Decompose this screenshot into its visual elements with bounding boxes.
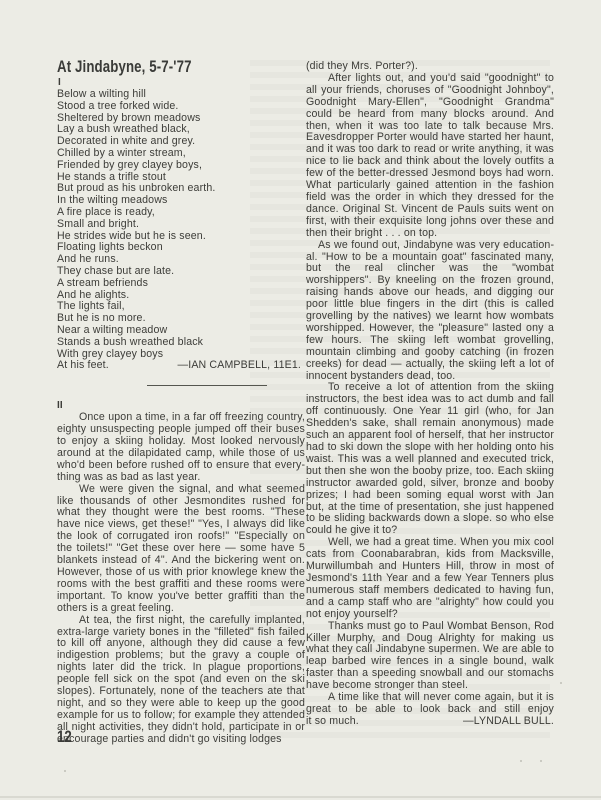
poem-last-line: At his feet. — [57, 360, 109, 372]
paragraph: At tea, the first night, the carefully i… — [57, 615, 305, 746]
poem-line: Small and bright. — [57, 219, 305, 231]
poem-line: A stream befriends — [57, 278, 305, 290]
paper-speck — [64, 770, 66, 772]
poem-line: They chase but are late. — [57, 266, 305, 278]
right-prose: After lights out, and you'd said "goodni… — [306, 73, 554, 692]
paragraph: We were given the signal, and what seeme… — [57, 484, 305, 615]
left-prose: Once upon a time, in a far off freezing … — [57, 412, 305, 745]
poem-line: Stood a tree forked wide. — [57, 101, 305, 113]
closing-author: —LYNDALL BULL. — [463, 716, 554, 728]
paper-speck — [560, 682, 562, 684]
closing-last-words: it so much. — [306, 716, 359, 728]
poem-line: Stands a bush wreathed black — [57, 337, 305, 349]
poem-author: —IAN CAMPBELL, 11E1. — [177, 360, 301, 372]
closing-sign-line: it so much. —LYNDALL BULL. — [306, 716, 554, 728]
paragraph: Once upon a time, in a far off freezing … — [57, 412, 305, 483]
left-column: At Jindabyne, 5-7-'77 I Below a wilting … — [57, 58, 305, 746]
poem-closing-line: At his feet. —IAN CAMPBELL, 11E1. — [57, 360, 305, 372]
article-title: At Jindabyne, 5-7-'77 — [57, 58, 250, 76]
magazine-page: At Jindabyne, 5-7-'77 I Below a wilting … — [0, 0, 601, 798]
paragraph: As we found out, Jindabyne was very educ… — [306, 240, 554, 383]
paper-speck — [540, 760, 542, 762]
paper-speck — [520, 760, 522, 762]
poem-line: Chilled by a winter stream, — [57, 148, 305, 160]
page-number: 12 — [57, 727, 72, 747]
poem: Below a wilting hillStood a tree forked … — [57, 89, 305, 360]
poem-line: A fire place is ready, — [57, 207, 305, 219]
poem-line: Near a wilting meadow — [57, 325, 305, 337]
right-column: (did they Mrs. Porter?). After lights ou… — [306, 61, 554, 728]
section-divider — [147, 385, 267, 386]
poem-line: Friended by grey clayey boys, — [57, 160, 305, 172]
paragraph: Thanks must go to Paul Wombat Benson, Ro… — [306, 621, 554, 692]
closing-paragraph: A time like that will never come again, … — [306, 692, 554, 716]
paragraph: After lights out, and you'd said "goodni… — [306, 73, 554, 240]
paragraph: To receive a lot of attention from the s… — [306, 382, 554, 537]
paragraph: Well, we had a great time. When you mix … — [306, 537, 554, 620]
section-marker-one: I — [58, 77, 305, 88]
